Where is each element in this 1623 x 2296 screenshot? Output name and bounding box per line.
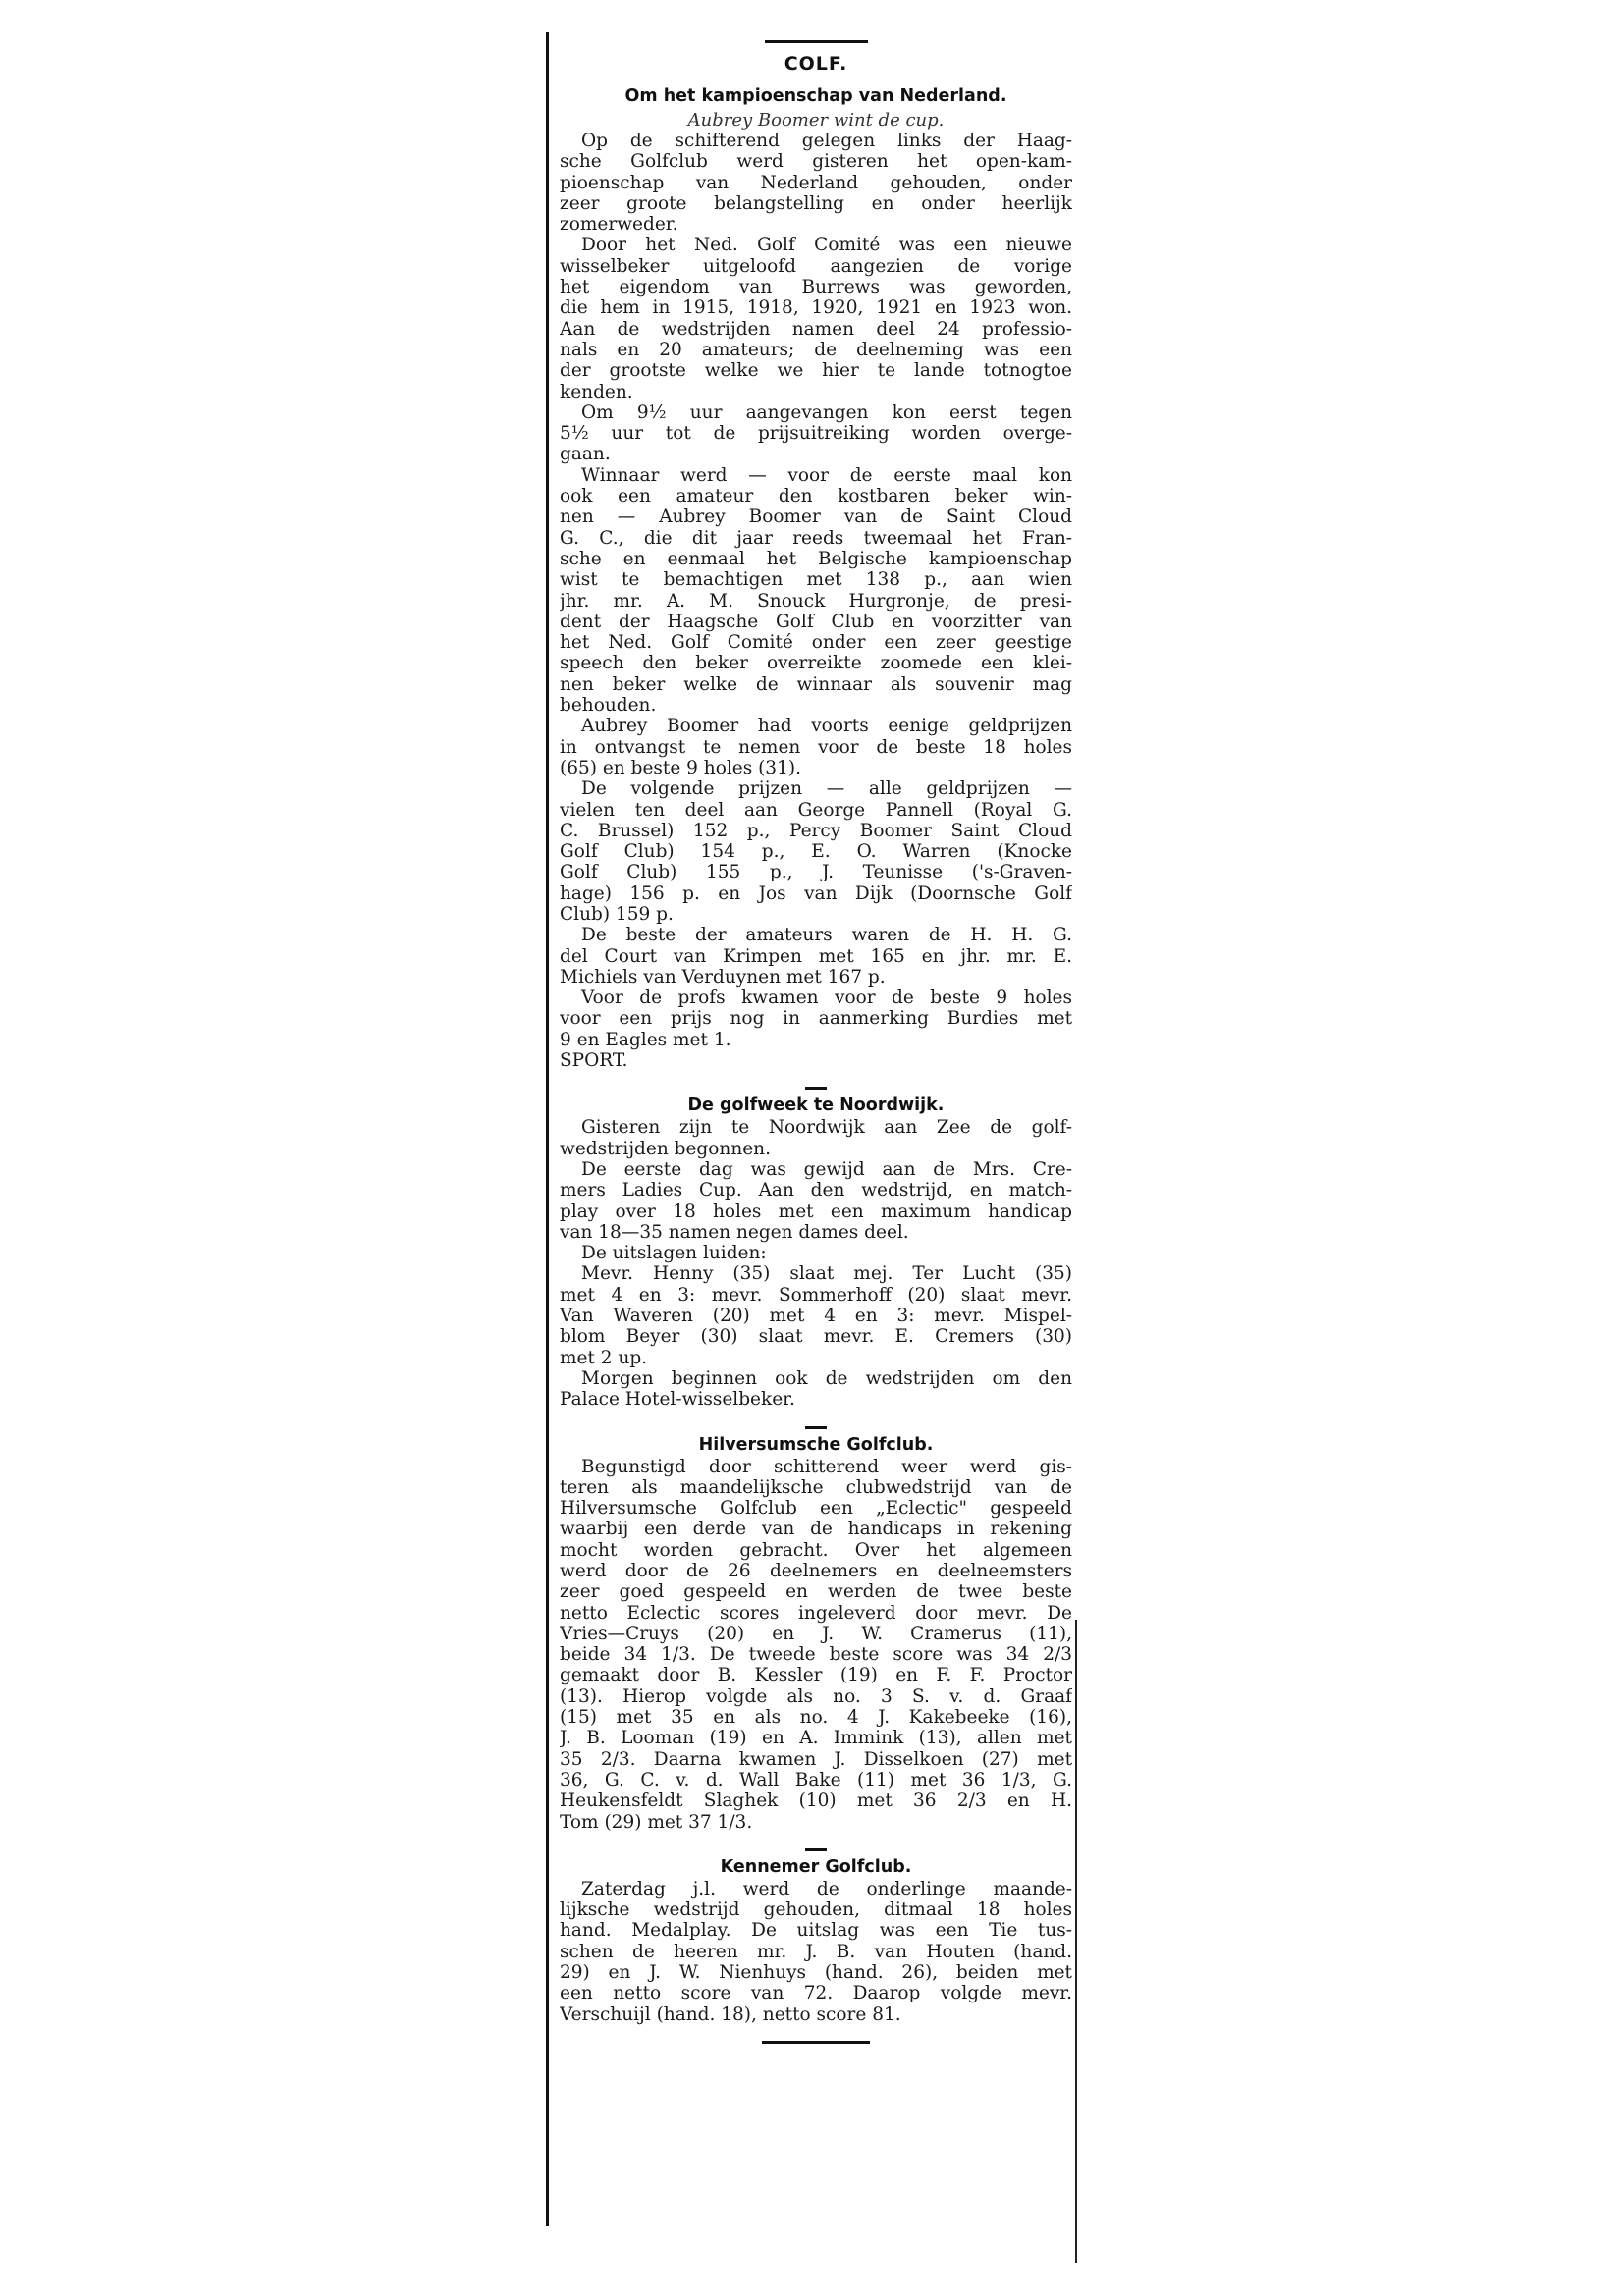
text-line: Palace Hotel-wisselbeker. xyxy=(560,1389,1072,1410)
text-line: 9 en Eagles met 1. xyxy=(560,1030,1072,1050)
text-line: Van Waveren (20) met 4 en 3: mevr. Mispe… xyxy=(560,1306,1072,1326)
text-line: nen — Aubrey Boomer van de Saint Cloud xyxy=(560,507,1072,527)
text-line: nen beker welke de winnaar als souvenir … xyxy=(560,674,1072,695)
text-line: in ontvangst te nemen voor de beste 18 h… xyxy=(560,737,1072,758)
article-headline: Hilversumsche Golfclub. xyxy=(560,1435,1072,1455)
text-line: Vries—Cruys (20) en J. W. Cramerus (11), xyxy=(560,1624,1072,1644)
paragraph: Begunstigd door schitterend weer werd gi… xyxy=(560,1457,1072,1833)
text-line: Golf Club) 154 p., E. O. Warren (Knocke xyxy=(560,841,1072,862)
text-line: voor een prijs nog in aanmerking Burdies… xyxy=(560,1008,1072,1029)
text-line: (13). Hierop volgde als no. 3 S. v. d. G… xyxy=(560,1686,1072,1707)
paragraph: De eerste dag was gewijd aan de Mrs. Cre… xyxy=(560,1159,1072,1243)
text-line: De uitslagen luiden: xyxy=(560,1243,1072,1263)
text-line: 35 2/3. Daarna kwamen J. Disselkoen (27)… xyxy=(560,1749,1072,1770)
right-column-rule xyxy=(1075,1620,1077,2263)
text-line: Heukensfeldt Slaghek (10) met 36 2/3 en … xyxy=(560,1790,1072,1811)
paragraph: Winnaar werd — voor de eerste maal konoo… xyxy=(560,465,1072,717)
text-line: behouden. xyxy=(560,695,1072,716)
text-line: pioenschap van Nederland gehouden, onder xyxy=(560,173,1072,193)
text-line: De beste der amateurs waren de H. H. G. xyxy=(560,925,1072,945)
text-line: mers Ladies Cup. Aan den wedstrijd, en m… xyxy=(560,1180,1072,1201)
newspaper-clipping: COLF. Om het kampioenschap van Nederland… xyxy=(546,32,1076,2270)
text-line: 36, G. C. v. d. Wall Bake (11) met 36 1/… xyxy=(560,1770,1072,1790)
article-headline: De golfweek te Noordwijk. xyxy=(560,1095,1072,1115)
paragraph: Op de schifterend gelegen links der Haag… xyxy=(560,131,1072,235)
text-line: sche Golfclub werd gisteren het open-kam… xyxy=(560,151,1072,172)
text-line: netto Eclectic scores ingeleverd door me… xyxy=(560,1603,1072,1624)
article-headline: Om het kampioenschap van Nederland. xyxy=(560,86,1072,106)
paragraph: Door het Ned. Golf Comité was een nieuwe… xyxy=(560,235,1072,401)
text-line: (65) en beste 9 holes (31). xyxy=(560,758,1072,778)
text-line: Gisteren zijn te Noordwijk aan Zee de go… xyxy=(560,1117,1072,1138)
text-line: schen de heeren mr. J. B. van Houten (ha… xyxy=(560,1942,1072,1962)
article: De golfweek te Noordwijk.Gisteren zijn t… xyxy=(560,1087,1072,1410)
text-line: een netto score van 72. Daarop volgde me… xyxy=(560,1983,1072,2003)
left-column-rule xyxy=(546,32,549,2226)
paragraph: Morgen beginnen ook de wedstrijden om de… xyxy=(560,1368,1072,1411)
text-line: van 18—35 namen negen dames deel. xyxy=(560,1222,1072,1243)
section-title: COLF. xyxy=(560,53,1072,75)
end-rule xyxy=(762,2041,870,2044)
text-line: blom Beyer (30) slaat mevr. E. Cremers (… xyxy=(560,1326,1072,1347)
text-line: gaan. xyxy=(560,444,1072,464)
paragraph: Gisteren zijn te Noordwijk aan Zee de go… xyxy=(560,1117,1072,1159)
text-line: del Court van Krimpen met 165 en jhr. mr… xyxy=(560,946,1072,967)
paragraph: Voor de profs kwamen voor de beste 9 hol… xyxy=(560,988,1072,1050)
text-line: Golf Club) 155 p., J. Teunisse ('s-Grave… xyxy=(560,862,1072,882)
text-line: Om 9½ uur aangevangen kon eerst tegen xyxy=(560,402,1072,423)
article-separator xyxy=(805,1087,827,1090)
text-line: ook een amateur den kostbaren beker win- xyxy=(560,486,1072,507)
text-line: het eigendom van Burrews was geworden, xyxy=(560,277,1072,297)
article-byline: SPORT. xyxy=(560,1050,1072,1071)
paragraph: Aubrey Boomer had voorts eenige geldprij… xyxy=(560,716,1072,778)
text-line: play over 18 holes met een maximum handi… xyxy=(560,1201,1072,1222)
text-line: J. B. Looman (19) en A. Immink (13), all… xyxy=(560,1728,1072,1748)
text-line: hand. Medalplay. De uitslag was een Tie … xyxy=(560,1920,1072,1941)
text-line: sche en eenmaal het Belgische kampioensc… xyxy=(560,549,1072,569)
text-line: kenden. xyxy=(560,382,1072,402)
paragraph: Mevr. Henny (35) slaat mej. Ter Lucht (3… xyxy=(560,1263,1072,1367)
text-line: wist te bemachtigen met 138 p., aan wien xyxy=(560,569,1072,590)
text-line: Club) 159 p. xyxy=(560,904,1072,925)
text-line: Morgen beginnen ook de wedstrijden om de… xyxy=(560,1368,1072,1389)
article: Hilversumsche Golfclub.Begunstigd door s… xyxy=(560,1426,1072,1833)
text-line: wedstrijden begonnen. xyxy=(560,1139,1072,1159)
text-line: De eerste dag was gewijd aan de Mrs. Cre… xyxy=(560,1159,1072,1180)
article-subhead: Aubrey Boomer wint de cup. xyxy=(560,110,1072,131)
text-line: Zaterdag j.l. werd de onderlinge maande- xyxy=(560,1879,1072,1899)
article-separator xyxy=(805,1426,827,1429)
text-line: Aan de wedstrijden namen deel 24 profess… xyxy=(560,319,1072,340)
text-line: Tom (29) met 37 1/3. xyxy=(560,1812,1072,1833)
text-line: teren als maandelijksche clubwedstrijd v… xyxy=(560,1477,1072,1498)
paragraph: De volgende prijzen — alle geldprijzen —… xyxy=(560,778,1072,925)
text-column: COLF. Om het kampioenschap van Nederland… xyxy=(560,32,1072,2044)
text-line: der grootste welke we hier te lande totn… xyxy=(560,360,1072,381)
text-line: Michiels van Verduynen met 167 p. xyxy=(560,967,1072,988)
text-line: jhr. mr. A. M. Snouck Hurgronje, de pres… xyxy=(560,591,1072,612)
text-line: hage) 156 p. en Jos van Dijk (Doornsche … xyxy=(560,883,1072,904)
text-line: die hem in 1915, 1918, 1920, 1921 en 192… xyxy=(560,297,1072,318)
text-line: zomerweder. xyxy=(560,214,1072,235)
text-line: Aubrey Boomer had voorts eenige geldprij… xyxy=(560,716,1072,736)
text-line: Winnaar werd — voor de eerste maal kon xyxy=(560,465,1072,486)
text-line: Mevr. Henny (35) slaat mej. Ter Lucht (3… xyxy=(560,1263,1072,1284)
text-line: het Ned. Golf Comité onder een zeer gees… xyxy=(560,632,1072,653)
text-line: 5½ uur tot de prijsuitreiking worden ove… xyxy=(560,423,1072,444)
article-separator xyxy=(805,1848,827,1851)
text-line: Begunstigd door schitterend weer werd gi… xyxy=(560,1457,1072,1477)
article: Om het kampioenschap van Nederland.Aubre… xyxy=(560,86,1072,1071)
text-line: Hilversumsche Golfclub een „Eclectic" ge… xyxy=(560,1498,1072,1519)
paragraph: Zaterdag j.l. werd de onderlinge maande-… xyxy=(560,1879,1072,2025)
text-line: beide 34 1/3. De tweede beste score was … xyxy=(560,1644,1072,1665)
text-line: C. Brussel) 152 p., Percy Boomer Saint C… xyxy=(560,821,1072,841)
text-line: zeer goed gespeeld en werden de twee bes… xyxy=(560,1581,1072,1602)
articles: Om het kampioenschap van Nederland.Aubre… xyxy=(560,86,1072,2025)
text-line: mocht worden gebracht. Over het algemeen xyxy=(560,1540,1072,1561)
text-line: lijksche wedstrijd gehouden, ditmaal 18 … xyxy=(560,1899,1072,1920)
text-line: speech den beker overreikte zoomede een … xyxy=(560,653,1072,673)
article-headline: Kennemer Golfclub. xyxy=(560,1857,1072,1877)
paragraph: De beste der amateurs waren de H. H. G.d… xyxy=(560,925,1072,988)
text-line: gemaakt door B. Kessler (19) en F. F. Pr… xyxy=(560,1665,1072,1685)
text-line: wisselbeker uitgeloofd aangezien de vori… xyxy=(560,256,1072,277)
paragraph: De uitslagen luiden: xyxy=(560,1243,1072,1263)
text-line: (15) met 35 en als no. 4 J. Kakebeeke (1… xyxy=(560,1707,1072,1728)
text-line: De volgende prijzen — alle geldprijzen — xyxy=(560,778,1072,799)
text-line: Door het Ned. Golf Comité was een nieuwe xyxy=(560,235,1072,255)
text-line: G. C., die dit jaar reeds tweemaal het F… xyxy=(560,528,1072,549)
text-line: zeer groote belangstelling en onder heer… xyxy=(560,193,1072,214)
text-line: met 2 up. xyxy=(560,1348,1072,1368)
text-line: werd door de 26 deelnemers en deelneemst… xyxy=(560,1561,1072,1581)
text-line: met 4 en 3: mevr. Sommerhoff (20) slaat … xyxy=(560,1285,1072,1306)
text-line: Op de schifterend gelegen links der Haag… xyxy=(560,131,1072,151)
text-line: nals en 20 amateurs; de deelneming was e… xyxy=(560,340,1072,360)
text-line: dent der Haagsche Golf Club en voorzitte… xyxy=(560,612,1072,632)
paragraph: Om 9½ uur aangevangen kon eerst tegen5½ … xyxy=(560,402,1072,465)
article: Kennemer Golfclub.Zaterdag j.l. werd de … xyxy=(560,1848,1072,2025)
text-line: waarbij een derde van de handicaps in re… xyxy=(560,1519,1072,1539)
text-line: vielen ten deel aan George Pannell (Roya… xyxy=(560,800,1072,821)
text-line: Voor de profs kwamen voor de beste 9 hol… xyxy=(560,988,1072,1008)
text-line: 29) en J. W. Nienhuys (hand. 26), beiden… xyxy=(560,1962,1072,1983)
text-line: Verschuijl (hand. 18), netto score 81. xyxy=(560,2004,1072,2025)
top-rule xyxy=(765,40,868,43)
